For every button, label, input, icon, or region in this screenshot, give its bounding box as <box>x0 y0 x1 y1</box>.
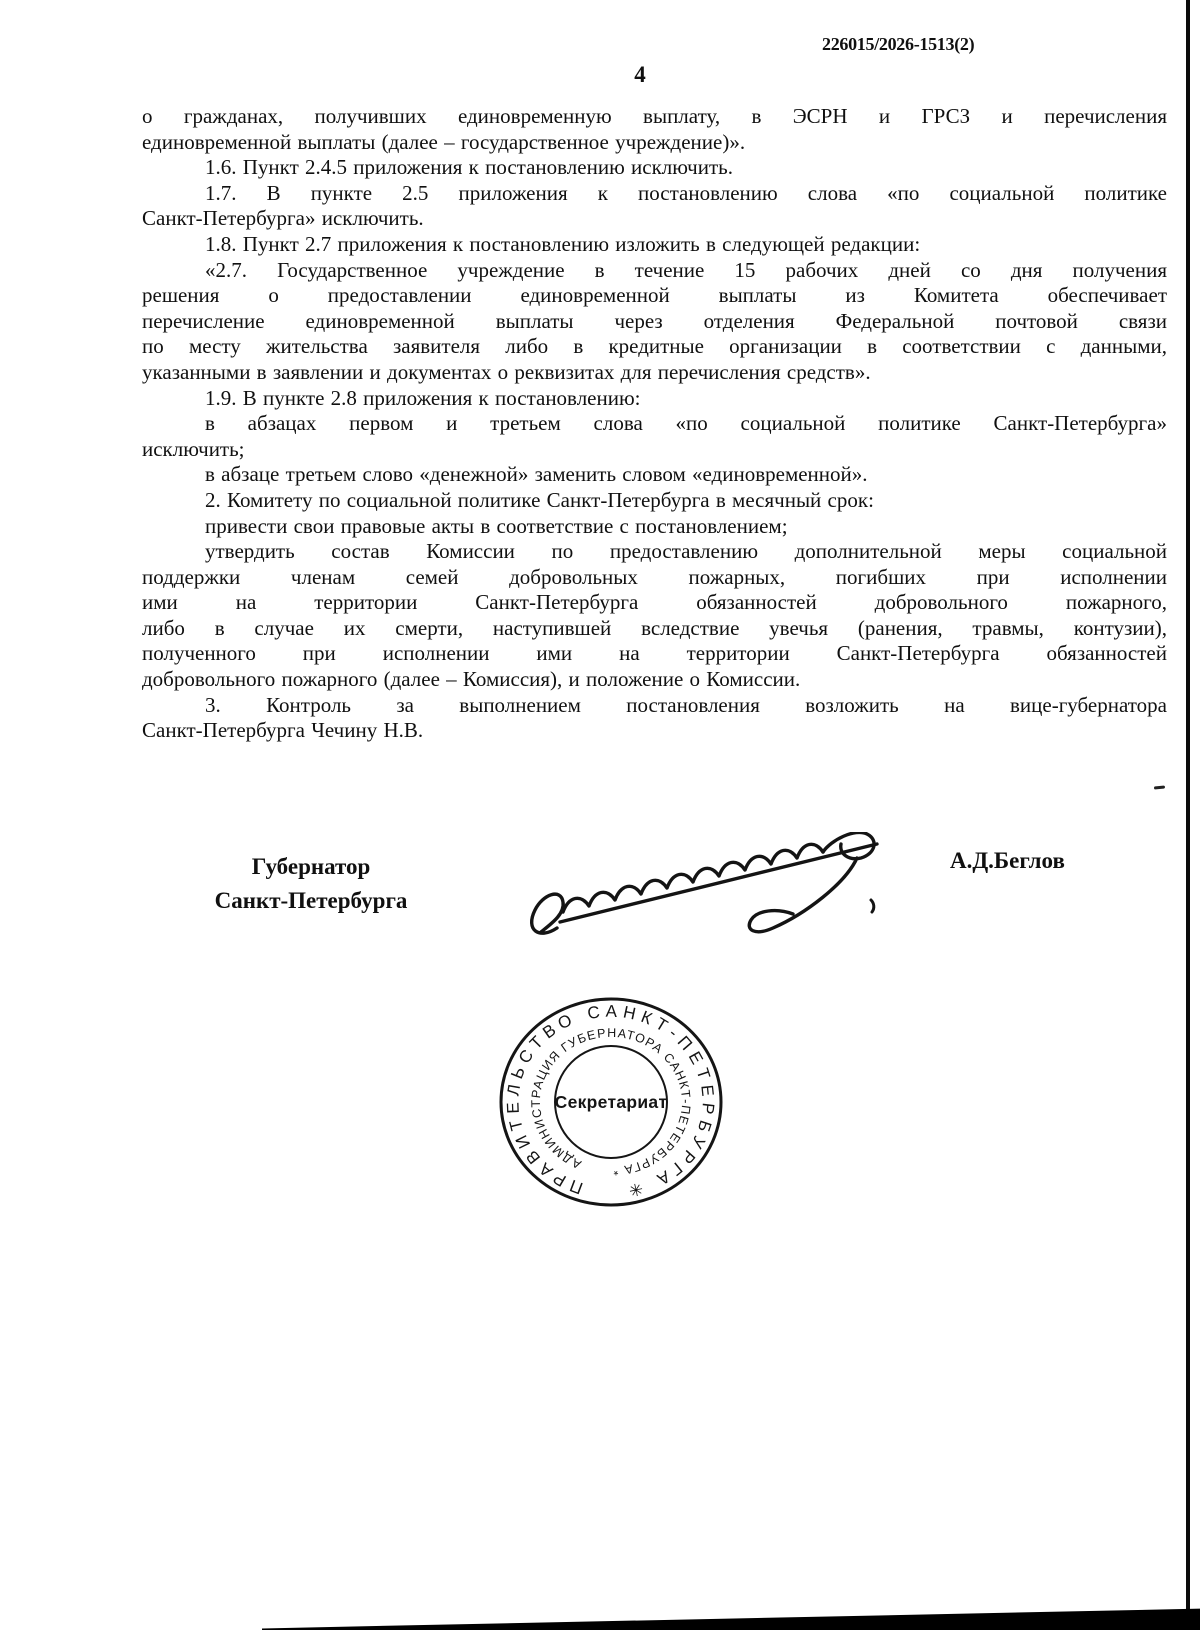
paragraph: о гражданах, получивших единовременную в… <box>142 104 1167 155</box>
signer-title-line2: Санкт-Петербурга <box>168 884 454 918</box>
scan-shadow-wedge <box>262 1604 1200 1630</box>
body-line: о гражданах, получивших единовременную в… <box>142 104 1167 130</box>
body-line: поддержки членам семей добровольных пожа… <box>142 565 1167 591</box>
paragraph: в абзацах первом и третьем слова «по соц… <box>142 411 1167 462</box>
signature-stroke <box>563 844 823 912</box>
paragraph: 2. Комитету по социальной политике Санкт… <box>142 488 1167 514</box>
stamp-center-text: Секретариат <box>555 1092 668 1112</box>
page-number: 4 <box>600 62 680 88</box>
signer-name: А.Д.Беглов <box>950 848 1065 874</box>
body-line: указанными в заявлении и документах о ре… <box>142 360 1167 386</box>
body-line: 1.6. Пункт 2.4.5 приложения к постановле… <box>142 155 1167 181</box>
signature-speck <box>871 900 874 912</box>
paragraph: «2.7. Государственное учреждение в течен… <box>142 258 1167 386</box>
paragraph: 1.8. Пункт 2.7 приложения к постановлени… <box>142 232 1167 258</box>
scan-speck <box>1154 785 1165 789</box>
paragraph: 3. Контроль за выполнением постановления… <box>142 693 1167 744</box>
document-page: 226015/2026-1513(2) 4 о гражданах, получ… <box>0 0 1200 1630</box>
body-line: по месту жительства заявителя либо в кре… <box>142 334 1167 360</box>
body-line: исключить; <box>142 437 1167 463</box>
body-line: решения о предоставлении единовременной … <box>142 283 1167 309</box>
body-line: 3. Контроль за выполнением постановления… <box>142 693 1167 719</box>
body-line: в абзаце третьем слово «денежной» замени… <box>142 462 1167 488</box>
signer-title: Губернатор Санкт-Петербурга <box>168 850 454 918</box>
round-stamp: ПРАВИТЕЛЬСТВО САНКТ-ПЕТЕРБУРГА ✳ АДМИНИС… <box>497 995 725 1209</box>
body-line: добровольного пожарного (далее – Комисси… <box>142 667 1167 693</box>
reference-number: 226015/2026-1513(2) <box>822 34 974 55</box>
paragraph: 1.7. В пункте 2.5 приложения к постановл… <box>142 181 1167 232</box>
body-line: привести свои правовые акты в соответств… <box>142 514 1167 540</box>
signature-stroke <box>749 832 874 931</box>
signature-stroke <box>560 844 877 922</box>
body-line: либо в случае их смерти, наступившей всл… <box>142 616 1167 642</box>
paragraph: утвердить состав Комиссии по предоставле… <box>142 539 1167 693</box>
body-line: перечисление единовременной выплаты чере… <box>142 309 1167 335</box>
body-line: 1.9. В пункте 2.8 приложения к постановл… <box>142 386 1167 412</box>
body-line: единовременной выплаты (далее – государс… <box>142 130 1167 156</box>
body-line: ими на территории Санкт-Петербурга обяза… <box>142 590 1167 616</box>
body-line: 1.8. Пункт 2.7 приложения к постановлени… <box>142 232 1167 258</box>
body-line: утвердить состав Комиссии по предоставле… <box>142 539 1167 565</box>
body-line: полученного при исполнении ими на террит… <box>142 641 1167 667</box>
body-line: в абзацах первом и третьем слова «по соц… <box>142 411 1167 437</box>
body-line: 1.7. В пункте 2.5 приложения к постановл… <box>142 181 1167 207</box>
body-line: Санкт-Петербурга Чечину Н.В. <box>142 718 1167 744</box>
signature-stroke <box>532 894 564 933</box>
document-body: о гражданах, получивших единовременную в… <box>142 104 1167 744</box>
signer-title-line1: Губернатор <box>168 850 454 884</box>
body-line: 2. Комитету по социальной политике Санкт… <box>142 488 1167 514</box>
paragraph: 1.9. В пункте 2.8 приложения к постановл… <box>142 386 1167 412</box>
paragraph: в абзаце третьем слово «денежной» замени… <box>142 462 1167 488</box>
scan-edge-line <box>1186 0 1190 1630</box>
body-line: Санкт-Петербурга» исключить. <box>142 206 1167 232</box>
paragraph: 1.6. Пункт 2.4.5 приложения к постановле… <box>142 155 1167 181</box>
paragraph: привести свои правовые акты в соответств… <box>142 514 1167 540</box>
body-line: «2.7. Государственное учреждение в течен… <box>142 258 1167 284</box>
handwritten-signature <box>505 832 895 947</box>
